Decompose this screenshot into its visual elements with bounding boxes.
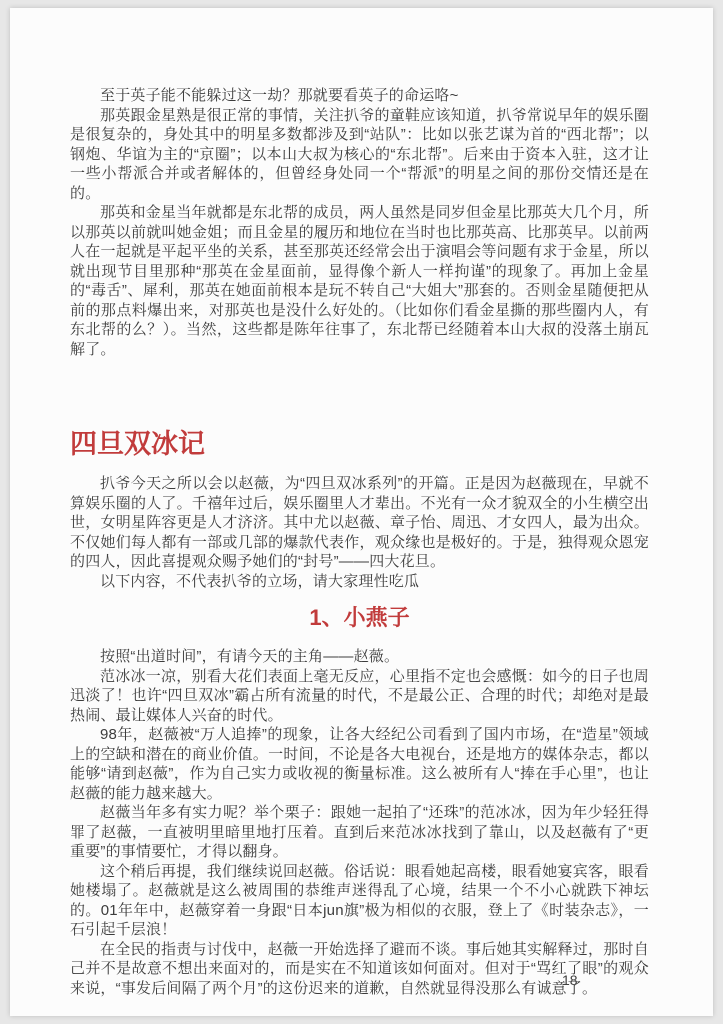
paragraph: 在全民的指责与讨伐中，赵薇一开始选择了避而不谈。事后她其实解释过，那时自己并不是… [70,940,649,999]
paragraph: 那英和金星当年就都是东北帮的成员，两人虽然是同岁但金星比那英大几个月，所以那英以… [70,203,649,359]
paragraph: 至于英子能不能躲过这一劫？那就要看英子的命运咯~ [70,86,649,106]
page-number: 18 [562,972,578,988]
paragraph: 这个稍后再提，我们继续说回赵薇。俗话说：眼看她起高楼，眼看她宴宾客，眼看她楼塌了… [70,862,649,940]
paragraph: 范冰冰一凉，别看大花们表面上毫无反应，心里指不定也会感慨：如今的日子也周迅淡了！… [70,667,649,726]
paragraph: 98年，赵薇被“万人追捧”的现象，让各大经纪公司看到了国内市场，在“造星”领域上… [70,725,649,803]
paragraph: 赵薇当年多有实力呢？举个栗子：跟她一起拍了“还珠”的范冰冰，因为年少轻狂得罪了赵… [70,803,649,862]
paragraph: 那英跟金星熟是很正常的事情，关注扒爷的童鞋应该知道，扒爷常说早年的娱乐圈是很复杂… [70,106,649,204]
paragraph: 以下内容，不代表扒爷的立场，请大家理性吃瓜 [70,572,649,592]
paragraph: 扒爷今天之所以会以赵薇，为“四旦双冰系列”的开篇。正是因为赵薇现在，早就不算娱乐… [70,474,649,572]
paragraph: 按照“出道时间”，有请今天的主角——赵薇。 [70,647,649,667]
chapter-title: 四旦双冰记 [70,429,649,460]
document-viewport: 至于英子能不能躲过这一劫？那就要看英子的命运咯~ 那英跟金星熟是很正常的事情，关… [0,0,723,1024]
subsection-title: 1、小燕子 [70,605,649,631]
document-page: 至于英子能不能躲过这一劫？那就要看英子的命运咯~ 那英跟金星熟是很正常的事情，关… [10,8,713,1016]
